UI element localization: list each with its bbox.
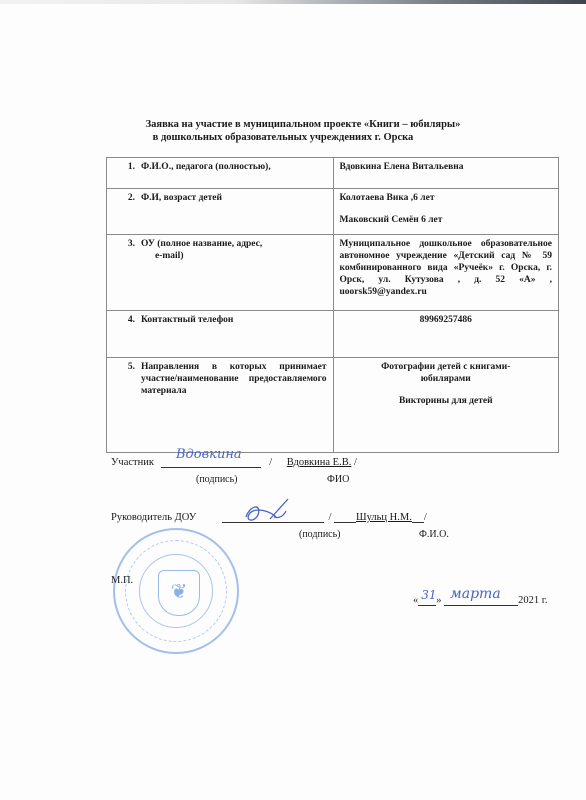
label-text: ОУ (полное название, адрес, <box>141 239 262 249</box>
stamp-label: М.П. <box>111 575 133 586</box>
table-row: 3.ОУ (полное название, адрес, e-mail) Му… <box>107 235 559 311</box>
participant-name: Вдовкина Е.В. <box>287 457 352 468</box>
table-row: 2.Ф.И, возраст детей Колотаева Вика ,6 л… <box>107 189 559 235</box>
separator: / <box>424 512 427 523</box>
head-name: Шульц Н.М. <box>356 512 412 523</box>
row-value: Колотаева Вика ,6 лет Маковский Семён 6 … <box>333 189 558 235</box>
table-row: 4.Контактный телефон 89969257486 <box>107 311 559 358</box>
separator: / <box>351 457 357 468</box>
row-number: 3. <box>113 238 135 250</box>
material-entry: Викторины для детей <box>340 395 552 407</box>
row-number: 4. <box>113 314 135 326</box>
official-stamp: ❦ <box>113 528 239 654</box>
document-subtitle: в дошкольных образовательных учреждениях… <box>0 131 576 144</box>
child-entry: Маковский Семён 6 лет <box>340 214 552 226</box>
label-text: Ф.И.О., педагога (полностью), <box>141 162 271 172</box>
date-month: марта <box>450 586 501 602</box>
table-row: 1.Ф.И.О., педагога (полностью), Вдовкина… <box>107 158 559 189</box>
name-caption: Ф.И.О. <box>419 529 449 540</box>
signature-caption: (подпись) <box>299 529 341 540</box>
row-value: Муниципальное дошкольное образовательное… <box>333 235 558 311</box>
teacher-name: Вдовкина Елена Витальевна <box>340 162 464 172</box>
name-line-right <box>412 522 424 523</box>
scan-edge <box>0 0 586 4</box>
row-label: 4.Контактный телефон <box>107 311 334 358</box>
material-entry: Фотографии детей с книгами-юбилярами <box>340 361 552 385</box>
phone-number: 89969257486 <box>420 315 472 325</box>
row-label: 3.ОУ (полное название, адрес, e-mail) <box>107 235 334 311</box>
table-row: 5. Направления в которых принимает участ… <box>107 358 559 453</box>
row-number: 2. <box>113 192 135 204</box>
row-value: Фотографии детей с книгами-юбилярами Вик… <box>333 358 558 453</box>
row-number: 1. <box>113 161 135 173</box>
day-line: 31 <box>418 594 436 606</box>
row-label: 5. Направления в которых принимает участ… <box>107 358 334 453</box>
row-number: 5. <box>113 361 135 397</box>
child-entry: Колотаева Вика ,6 лет <box>340 192 552 204</box>
row-label: 2.Ф.И, возраст детей <box>107 189 334 235</box>
separator: / <box>269 457 272 468</box>
label-text: e-mail) <box>113 250 327 262</box>
head-label: Руководитель ДОУ <box>111 512 196 523</box>
participant-signature: Вдовкина <box>176 447 242 462</box>
signature-caption: (подпись) <box>196 474 238 485</box>
month-line: марта <box>444 594 518 606</box>
participant-label: Участник <box>111 457 154 468</box>
row-value: Вдовкина Елена Витальевна <box>333 158 558 189</box>
application-table: 1.Ф.И.О., педагога (полностью), Вдовкина… <box>106 157 559 453</box>
date-year: 2021 г. <box>518 595 547 606</box>
date-day: 31 <box>421 588 436 602</box>
separator: / <box>328 512 331 523</box>
institution-details: Муниципальное дошкольное образовательное… <box>340 239 552 297</box>
emblem-icon: ❦ <box>158 570 200 616</box>
row-label: 1.Ф.И.О., педагога (полностью), <box>107 158 334 189</box>
document-title: Заявка на участие в муниципальном проект… <box>10 118 586 131</box>
label-text: Контактный телефон <box>141 315 233 325</box>
head-signature <box>240 497 300 525</box>
name-caption: ФИО <box>327 474 349 485</box>
participant-signature-line <box>161 467 261 468</box>
label-text: Ф.И, возраст детей <box>141 193 222 203</box>
name-line-left <box>334 522 356 523</box>
label-text: Направления в которых принимает участие/… <box>141 361 327 397</box>
quote: » <box>436 595 441 606</box>
date-row: «31 » марта 2021 г. <box>413 594 548 606</box>
row-value: 89969257486 <box>333 311 558 358</box>
